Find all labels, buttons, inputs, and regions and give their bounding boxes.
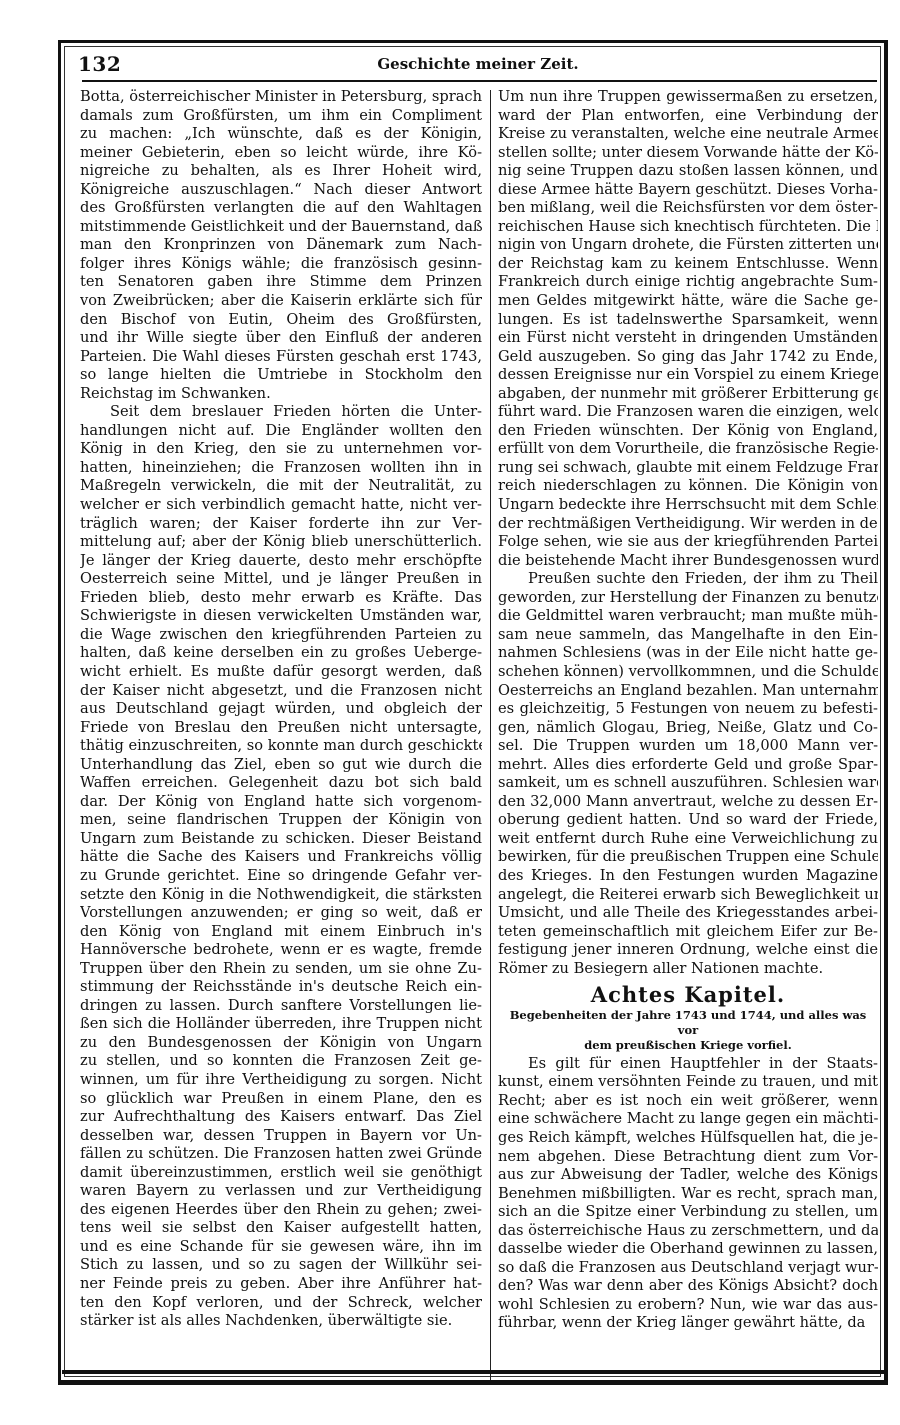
text-line: von Zweibrücken; aber die Kaiserin erklä… (80, 292, 482, 311)
text-line: ten Senatoren gaben ihre Stimme dem Prin… (80, 273, 482, 292)
text-line: des eigenen Heerdes über den Rhein zu ge… (80, 1201, 482, 1220)
text-line: nigin von Ungarn drohete, die Fürsten zi… (498, 236, 878, 255)
text-line: reich niederschlagen zu können. Die Köni… (498, 477, 878, 496)
text-line: teten gemeinschaftlich mit gleichem Eife… (498, 923, 878, 942)
text-line: wohl Schlesien zu erobern? Nun, wie war … (498, 1296, 878, 1315)
text-line: die beistehende Macht ihrer Bundesgenoss… (498, 552, 878, 571)
text-line: Reichstag im Schwanken. (80, 385, 482, 404)
text-line: hatten, hineinziehen; die Franzosen woll… (80, 459, 482, 478)
text-line: mitstimmende Geistlichkeit und der Bauer… (80, 218, 482, 237)
text-line: eine schwächere Macht zu lange gegen ein… (498, 1110, 878, 1129)
right-column-text-after-chapter: Es gilt für einen Hauptfehler in der Sta… (498, 1055, 878, 1333)
text-line: so glücklich war Preußen in einem Plane,… (80, 1090, 482, 1109)
text-line: die Geldmittel waren verbraucht; man muß… (498, 607, 878, 626)
text-line: dessen Ereignisse nur ein Vorspiel zu ei… (498, 366, 878, 385)
text-line: damit übereinzustimmen, erstlich weil si… (80, 1164, 482, 1183)
text-line: ten den Kopf verloren, und der Schreck, … (80, 1294, 482, 1313)
text-line: Königreiche auszuschlagen.“ Nach dieser … (80, 181, 482, 200)
text-line: so lange hielten die Umtriebe in Stockho… (80, 366, 482, 385)
text-line: nem abgehen. Diese Betrachtung dient zum… (498, 1148, 878, 1167)
text-line: den 32,000 Mann anvertraut, welche zu de… (498, 793, 878, 812)
text-line: folger ihres Königs wähle; die französis… (80, 255, 482, 274)
text-line: führbar, wenn der Krieg länger gewährt h… (498, 1314, 878, 1333)
text-line: Römer zu Besiegern aller Nationen machte… (498, 960, 878, 979)
text-line: zur Aufrechthaltung des Kaisers entwarf.… (80, 1108, 482, 1127)
text-line: meiner Gebieterin, eben so leicht würde,… (80, 144, 482, 163)
paragraph: Um nun ihre Truppen gewissermaßen zu ers… (498, 88, 878, 570)
text-line: das österreichische Haus zu zerschmetter… (498, 1222, 878, 1241)
text-line: reichischen Hause sich knechtisch fürcht… (498, 218, 878, 237)
running-head: 132 Geschichte meiner Zeit. (78, 52, 878, 80)
right-column-text-before-chapter: Um nun ihre Truppen gewissermaßen zu ers… (498, 88, 878, 978)
text-line: Frieden blieb, desto mehr erwarb es Kräf… (80, 589, 482, 608)
text-line: bewirken, für die preußischen Truppen ei… (498, 848, 878, 867)
text-line: der Kaiser nicht abgesetzt, und die Fran… (80, 682, 482, 701)
text-line: waren Bayern zu verlassen und zur Verthe… (80, 1182, 482, 1201)
chapter-summary-line: Begebenheiten der Jahre 1743 und 1744, u… (498, 1008, 878, 1038)
text-line: stimmung der Reichsstände in's deutsche … (80, 978, 482, 997)
footer-rule (62, 1370, 884, 1374)
chapter-summary-line: dem preußischen Kriege vorfiel. (498, 1038, 878, 1053)
text-line: Botta, österreichischer Minister in Pete… (80, 88, 482, 107)
text-line: Oesterreichs an England bezahlen. Man un… (498, 682, 878, 701)
text-line: mehrt. Alles dies erforderte Geld und gr… (498, 756, 878, 775)
text-line: welcher er sich verbindlich gemacht hatt… (80, 496, 482, 515)
text-line: es gleichzeitig, 5 Festungen von neuem z… (498, 700, 878, 719)
text-line: ges Reich kämpft, welches Hülfsquellen h… (498, 1129, 878, 1148)
text-line: Vorstellungen anzuwenden; er ging so wei… (80, 904, 482, 923)
text-line: Ungarn zum Beistande zu schicken. Dieser… (80, 830, 482, 849)
text-line: zu den Bundesgenossen der Königin von Un… (80, 1034, 482, 1053)
text-line: führt ward. Die Franzosen waren die einz… (498, 403, 878, 422)
text-line: tens weil sie selbst den Kaiser aufgeste… (80, 1219, 482, 1238)
text-line: schehen können) vervollkommnen, und die … (498, 663, 878, 682)
text-line: Schwierigste in diesen verwickelten Umst… (80, 607, 482, 626)
text-line: und ihr Wille siegte über den Einfluß de… (80, 329, 482, 348)
text-line: Waffen erreichen. Gelegenheit dazu bot s… (80, 774, 482, 793)
text-line: dasselbe wieder die Oberhand gewinnen zu… (498, 1240, 878, 1259)
text-line: fällen zu schützen. Die Franzosen hatten… (80, 1145, 482, 1164)
text-line: Je länger der Krieg dauerte, desto mehr … (80, 552, 482, 571)
text-line: halten, daß keine derselben ein zu große… (80, 644, 482, 663)
text-line: kunst, einem versöhnten Feinde zu trauen… (498, 1073, 878, 1092)
text-line: man den Kronprinzen von Dänemark zum Nac… (80, 236, 482, 255)
text-line: des Krieges. In den Festungen wurden Mag… (498, 867, 878, 886)
text-line: Hannöversche bedrohete, wenn er es wagte… (80, 941, 482, 960)
text-line: aus Deutschland gejagt würden, und obgle… (80, 700, 482, 719)
text-line: gen, nämlich Glogau, Brieg, Neiße, Glatz… (498, 719, 878, 738)
text-line: Folge sehen, wie sie aus der kriegführen… (498, 533, 878, 552)
text-line: Um nun ihre Truppen gewissermaßen zu ers… (498, 88, 878, 107)
text-line: König in den Krieg, den sie zu unternehm… (80, 440, 482, 459)
text-line: Umsicht, und alle Theile des Kriegesstan… (498, 904, 878, 923)
text-line: zu Grunde gerichtet. Eine so dringende G… (80, 867, 482, 886)
text-line: wicht erhielt. Es mußte dafür gesorgt we… (80, 663, 482, 682)
text-line: Kreise zu veranstalten, welche eine neut… (498, 125, 878, 144)
text-line: Benehmen mißbilligten. War es recht, spr… (498, 1185, 878, 1204)
text-line: thätig einzuschreiten, so konnte man dur… (80, 737, 482, 756)
text-line: oberung gedient hatten. Und so ward der … (498, 811, 878, 830)
text-line: hätte die Sache des Kaisers und Frankrei… (80, 848, 482, 867)
text-line: Geld auszugeben. So ging das Jahr 1742 z… (498, 348, 878, 367)
text-line: Maßregeln verwickeln, die mit der Neutra… (80, 477, 482, 496)
text-line: desselben war, dessen Truppen in Bayern … (80, 1127, 482, 1146)
text-line: erfüllt von dem Vorurtheile, die französ… (498, 440, 878, 459)
text-line: ward der Plan entworfen, eine Verbindung… (498, 107, 878, 126)
text-line: den Bischof von Eutin, Oheim des Großfür… (80, 311, 482, 330)
text-line: ßen sich die Holländer überreden, ihre T… (80, 1015, 482, 1034)
text-line: winnen, um für ihre Vertheidigung zu sor… (80, 1071, 482, 1090)
text-line: nigreiche zu behalten, als es Ihrer Hohe… (80, 162, 482, 181)
text-line: nahmen Schlesiens (was in der Eile nicht… (498, 644, 878, 663)
text-line: träglich waren; der Kaiser forderte ihn … (80, 515, 482, 534)
left-column: Botta, österreichischer Minister in Pete… (80, 88, 482, 1331)
text-line: sam neue sammeln, das Mangelhafte in den… (498, 626, 878, 645)
paragraph: Botta, österreichischer Minister in Pete… (80, 88, 482, 403)
text-line: den König von England mit einem Einbruch… (80, 923, 482, 942)
text-line: angelegt, die Reiterei erwarb sich Beweg… (498, 886, 878, 905)
text-line: Stich zu lassen, und so zu sagen der Wil… (80, 1256, 482, 1275)
text-line: men Geldes mitgewirkt hätte, wäre die Sa… (498, 292, 878, 311)
text-line: zu stellen, und so konnten die Franzosen… (80, 1052, 482, 1071)
text-line: des Großfürsten verlangten die auf den W… (80, 199, 482, 218)
text-line: Friede von Breslau den Preußen nicht unt… (80, 719, 482, 738)
text-line: die Wage zwischen den kriegführenden Par… (80, 626, 482, 645)
right-column: Um nun ihre Truppen gewissermaßen zu ers… (498, 88, 878, 1333)
text-line: Unterhandlung das Ziel, eben so gut wie … (80, 756, 482, 775)
text-line: dar. Der König von England hatte sich vo… (80, 793, 482, 812)
text-line: Preußen suchte den Frieden, der ihm zu T… (498, 570, 878, 589)
text-line: Truppen über den Rhein zu senden, um sie… (80, 960, 482, 979)
text-line: men, seine flandrischen Truppen der Köni… (80, 811, 482, 830)
text-line: handlungen nicht auf. Die Engländer woll… (80, 422, 482, 441)
text-line: festigung jener inneren Ordnung, welche … (498, 941, 878, 960)
column-divider (490, 90, 491, 1380)
running-title: Geschichte meiner Zeit. (78, 55, 878, 73)
chapter-summary: Begebenheiten der Jahre 1743 und 1744, u… (498, 1008, 878, 1053)
text-line: mittelung auf; aber der König blieb uner… (80, 533, 482, 552)
text-line: Es gilt für einen Hauptfehler in der Sta… (498, 1055, 878, 1074)
text-line: den Frieden wünschten. Der König von Eng… (498, 422, 878, 441)
text-line: Parteien. Die Wahl dieses Fürsten gescha… (80, 348, 482, 367)
text-line: Ungarn bedeckte ihre Herrschsucht mit de… (498, 496, 878, 515)
text-line: damals zum Großfürsten, um ihm ein Compl… (80, 107, 482, 126)
chapter-title: Achtes Kapitel. (498, 986, 878, 1005)
text-line: zu machen: „Ich wünschte, daß es der Kön… (80, 125, 482, 144)
text-line: der Reichstag kam zu keinem Entschlusse.… (498, 255, 878, 274)
text-line: rung sei schwach, glaubte mit einem Feld… (498, 459, 878, 478)
header-rule (82, 80, 877, 82)
text-line: stellen sollte; unter diesem Vorwande hä… (498, 144, 878, 163)
paragraph: Es gilt für einen Hauptfehler in der Sta… (498, 1055, 878, 1333)
paragraph: Preußen suchte den Frieden, der ihm zu T… (498, 570, 878, 978)
text-line: diese Armee hätte Bayern geschützt. Dies… (498, 181, 878, 200)
paragraph: Seit dem breslauer Frieden hörten die Un… (80, 403, 482, 1330)
text-line: den? Was war denn aber des Königs Absich… (498, 1277, 878, 1296)
text-line: weit entfernt durch Ruhe eine Verweichli… (498, 830, 878, 849)
text-line: der rechtmäßigen Vertheidigung. Wir werd… (498, 515, 878, 534)
text-line: setzte den König in die Nothwendigkeit, … (80, 886, 482, 905)
text-line: aus zur Abweisung der Tadler, welche des… (498, 1166, 878, 1185)
text-line: lungen. Es ist tadelnswerthe Sparsamkeit… (498, 311, 878, 330)
text-line: stärker ist als alles Nachdenken, überwä… (80, 1312, 482, 1331)
text-line: Oesterreich seine Mittel, und je länger … (80, 570, 482, 589)
text-line: sel. Die Truppen wurden um 18,000 Mann v… (498, 737, 878, 756)
text-line: dringen zu lassen. Durch sanftere Vorste… (80, 997, 482, 1016)
text-line: samkeit, um es schnell auszuführen. Schl… (498, 774, 878, 793)
text-line: ner Feinde preis zu geben. Aber ihre Anf… (80, 1275, 482, 1294)
text-line: abgaben, der nunmehr mit größerer Erbitt… (498, 385, 878, 404)
text-line: nig seine Truppen dazu stoßen lassen kön… (498, 162, 878, 181)
text-line: sich an die Spitze einer Verbindung zu s… (498, 1203, 878, 1222)
text-line: und es eine Schande für sie gewesen wäre… (80, 1238, 482, 1257)
text-line: Seit dem breslauer Frieden hörten die Un… (80, 403, 482, 422)
text-line: ein Fürst nicht versteht in dringenden U… (498, 329, 878, 348)
text-line: so daß die Franzosen aus Deutschland ver… (498, 1259, 878, 1278)
text-line: geworden, zur Herstellung der Finanzen z… (498, 589, 878, 608)
text-line: Frankreich durch einige richtig angebrac… (498, 273, 878, 292)
text-line: ben mißlang, weil die Reichsfürsten vor … (498, 199, 878, 218)
text-line: Recht; aber es ist noch ein weit größere… (498, 1092, 878, 1111)
